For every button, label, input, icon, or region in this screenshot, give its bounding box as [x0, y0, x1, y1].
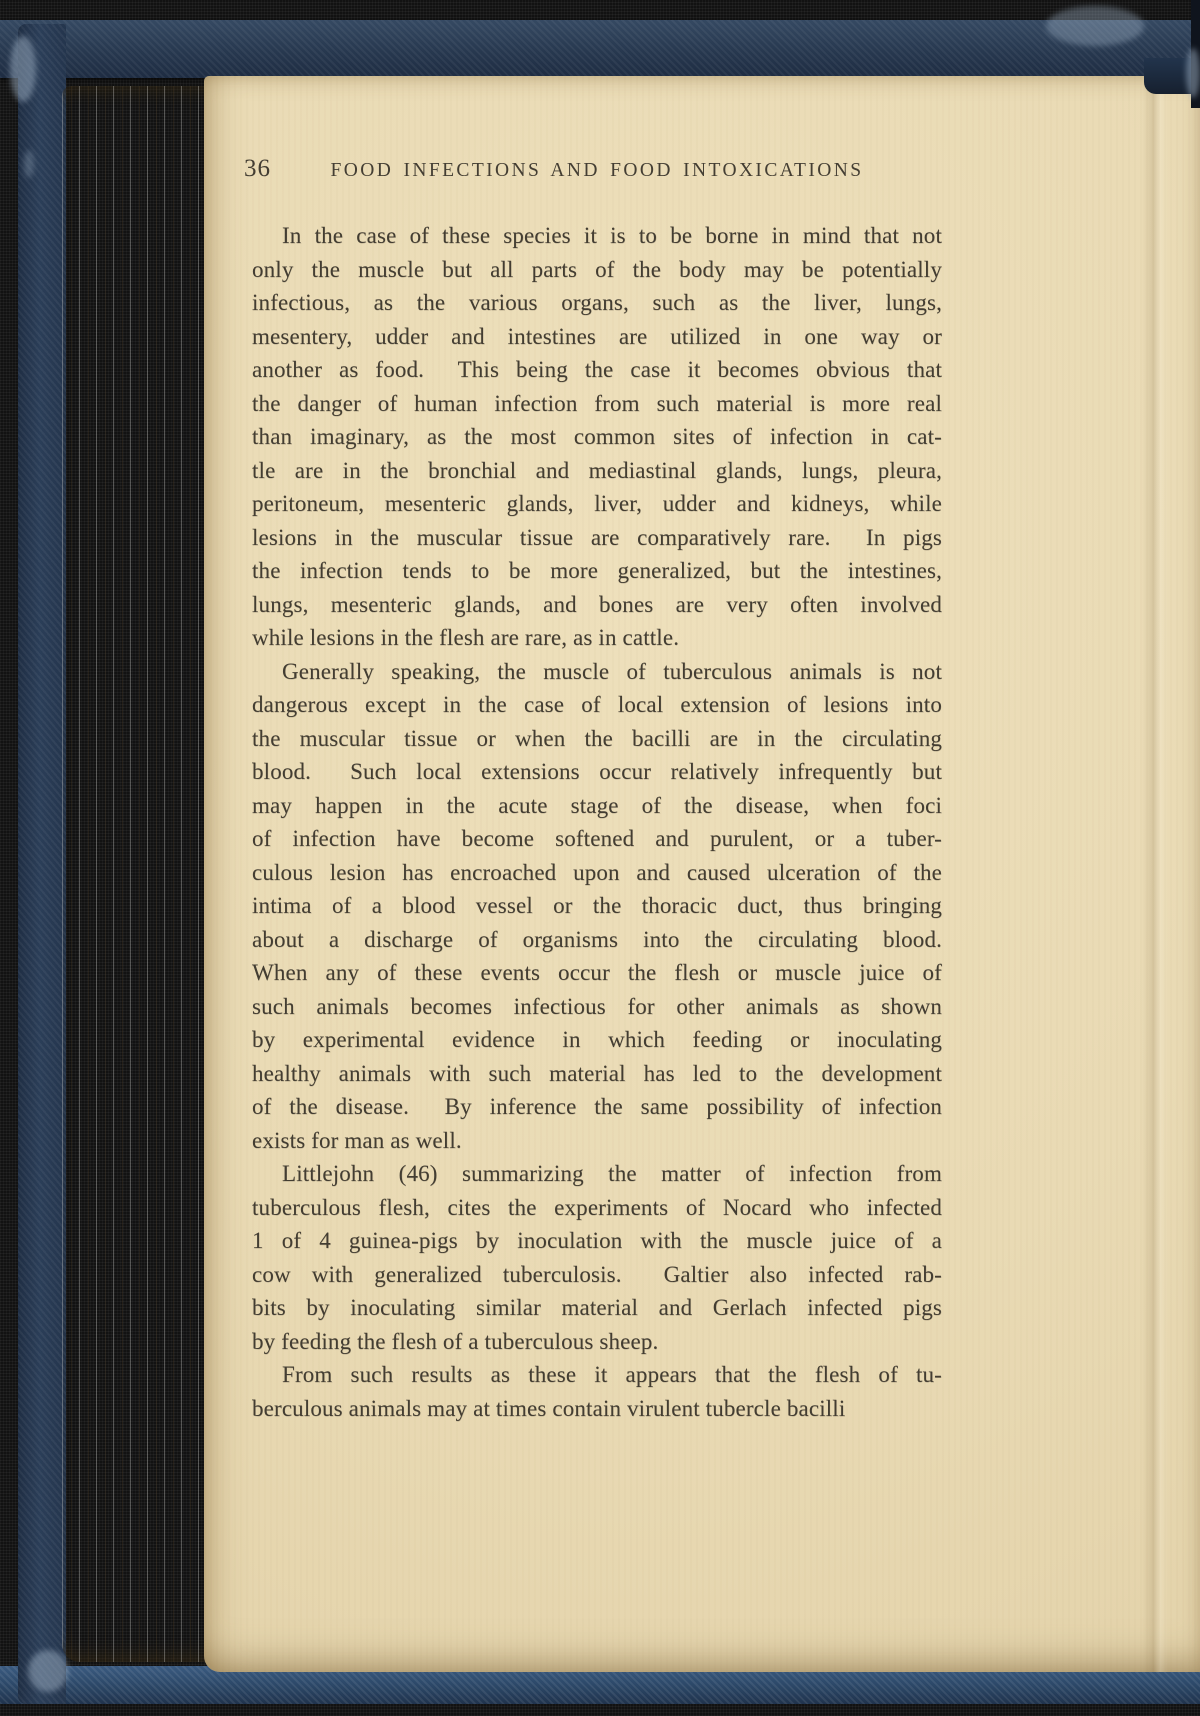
text-line: tuberculous flesh, cites the experiments…	[252, 1191, 942, 1225]
text-line: of the disease. By inference the same po…	[252, 1090, 942, 1124]
text-line: healthy animals with such material has l…	[252, 1057, 942, 1091]
text-line: only the muscle but all parts of the bod…	[252, 253, 942, 287]
page-text: In the case of these species it is to be…	[252, 219, 942, 1425]
page-crease	[1142, 76, 1168, 1672]
page-edges-stack	[62, 86, 208, 1662]
text-line: lungs, mesenteric glands, and bones are …	[252, 588, 942, 622]
text-line: another as food. This being the case it …	[252, 353, 942, 387]
worn-spot	[10, 36, 36, 102]
text-line: lesions in the muscular tissue are compa…	[252, 521, 942, 555]
binding-edge-left	[18, 24, 66, 1704]
text-line: 1 of 4 guinea-pigs by inoculation with t…	[252, 1224, 942, 1258]
text-line: tle are in the bronchial and mediastinal…	[252, 454, 942, 488]
text-line: by experimental evidence in which feedin…	[252, 1023, 942, 1057]
worn-spot	[24, 150, 34, 178]
text-line: peritoneum, mesenteric glands, liver, ud…	[252, 487, 942, 521]
page-header: 36 FOOD INFECTIONS AND FOOD INTOXICATION…	[252, 158, 942, 184]
paragraph: Littlejohn (46) summarizing the matter o…	[252, 1157, 942, 1358]
text-line: culous lesion has encroached upon and ca…	[252, 856, 942, 890]
text-line: bits by inoculating similar material and…	[252, 1291, 942, 1325]
text-line: of infection have become softened and pu…	[252, 822, 942, 856]
running-header: FOOD INFECTIONS AND FOOD INTOXICATIONS	[252, 158, 942, 184]
paragraph: Generally speaking, the muscle of tuberc…	[252, 655, 942, 1158]
text-line: the danger of human infection from such …	[252, 387, 942, 421]
text-line: intima of a blood vessel or the thoracic…	[252, 889, 942, 923]
worn-spot	[28, 1650, 68, 1692]
text-line: In the case of these species it is to be…	[252, 219, 942, 253]
text-line: by feeding the flesh of a tuberculous sh…	[252, 1325, 942, 1359]
text-line: may happen in the acute stage of the dis…	[252, 789, 942, 823]
text-line: mesentery, udder and intestines are util…	[252, 320, 942, 354]
text-line: Littlejohn (46) summarizing the matter o…	[252, 1157, 942, 1191]
book-page: 36 FOOD INFECTIONS AND FOOD INTOXICATION…	[204, 76, 1200, 1672]
text-line: than imaginary, as the most common sites…	[252, 420, 942, 454]
text-line: dangerous except in the case of local ex…	[252, 688, 942, 722]
worn-spot	[1186, 48, 1200, 98]
text-line: infectious, as the various organs, such …	[252, 286, 942, 320]
text-line: Generally speaking, the muscle of tuberc…	[252, 655, 942, 689]
text-line: such animals becomes infectious for othe…	[252, 990, 942, 1024]
text-line: cow with generalized tuberculosis. Galti…	[252, 1258, 942, 1292]
paragraph: In the case of these species it is to be…	[252, 219, 942, 655]
text-line: From such results as these it appears th…	[252, 1358, 942, 1392]
text-line: while lesions in the flesh are rare, as …	[252, 621, 942, 655]
text-line: about a discharge of organisms into the …	[252, 923, 942, 957]
worn-spot	[1046, 6, 1144, 46]
binding-edge-top	[0, 20, 1200, 78]
page-number: 36	[244, 156, 271, 182]
text-line: the infection tends to be more generaliz…	[252, 554, 942, 588]
text-line: blood. Such local extensions occur relat…	[252, 755, 942, 789]
text-line: the muscular tissue or when the bacilli …	[252, 722, 942, 756]
paragraph: From such results as these it appears th…	[252, 1358, 942, 1425]
text-line: berculous animals may at times contain v…	[252, 1392, 942, 1426]
text-line: exists for man as well.	[252, 1124, 942, 1158]
text-line: When any of these events occur the flesh…	[252, 956, 942, 990]
